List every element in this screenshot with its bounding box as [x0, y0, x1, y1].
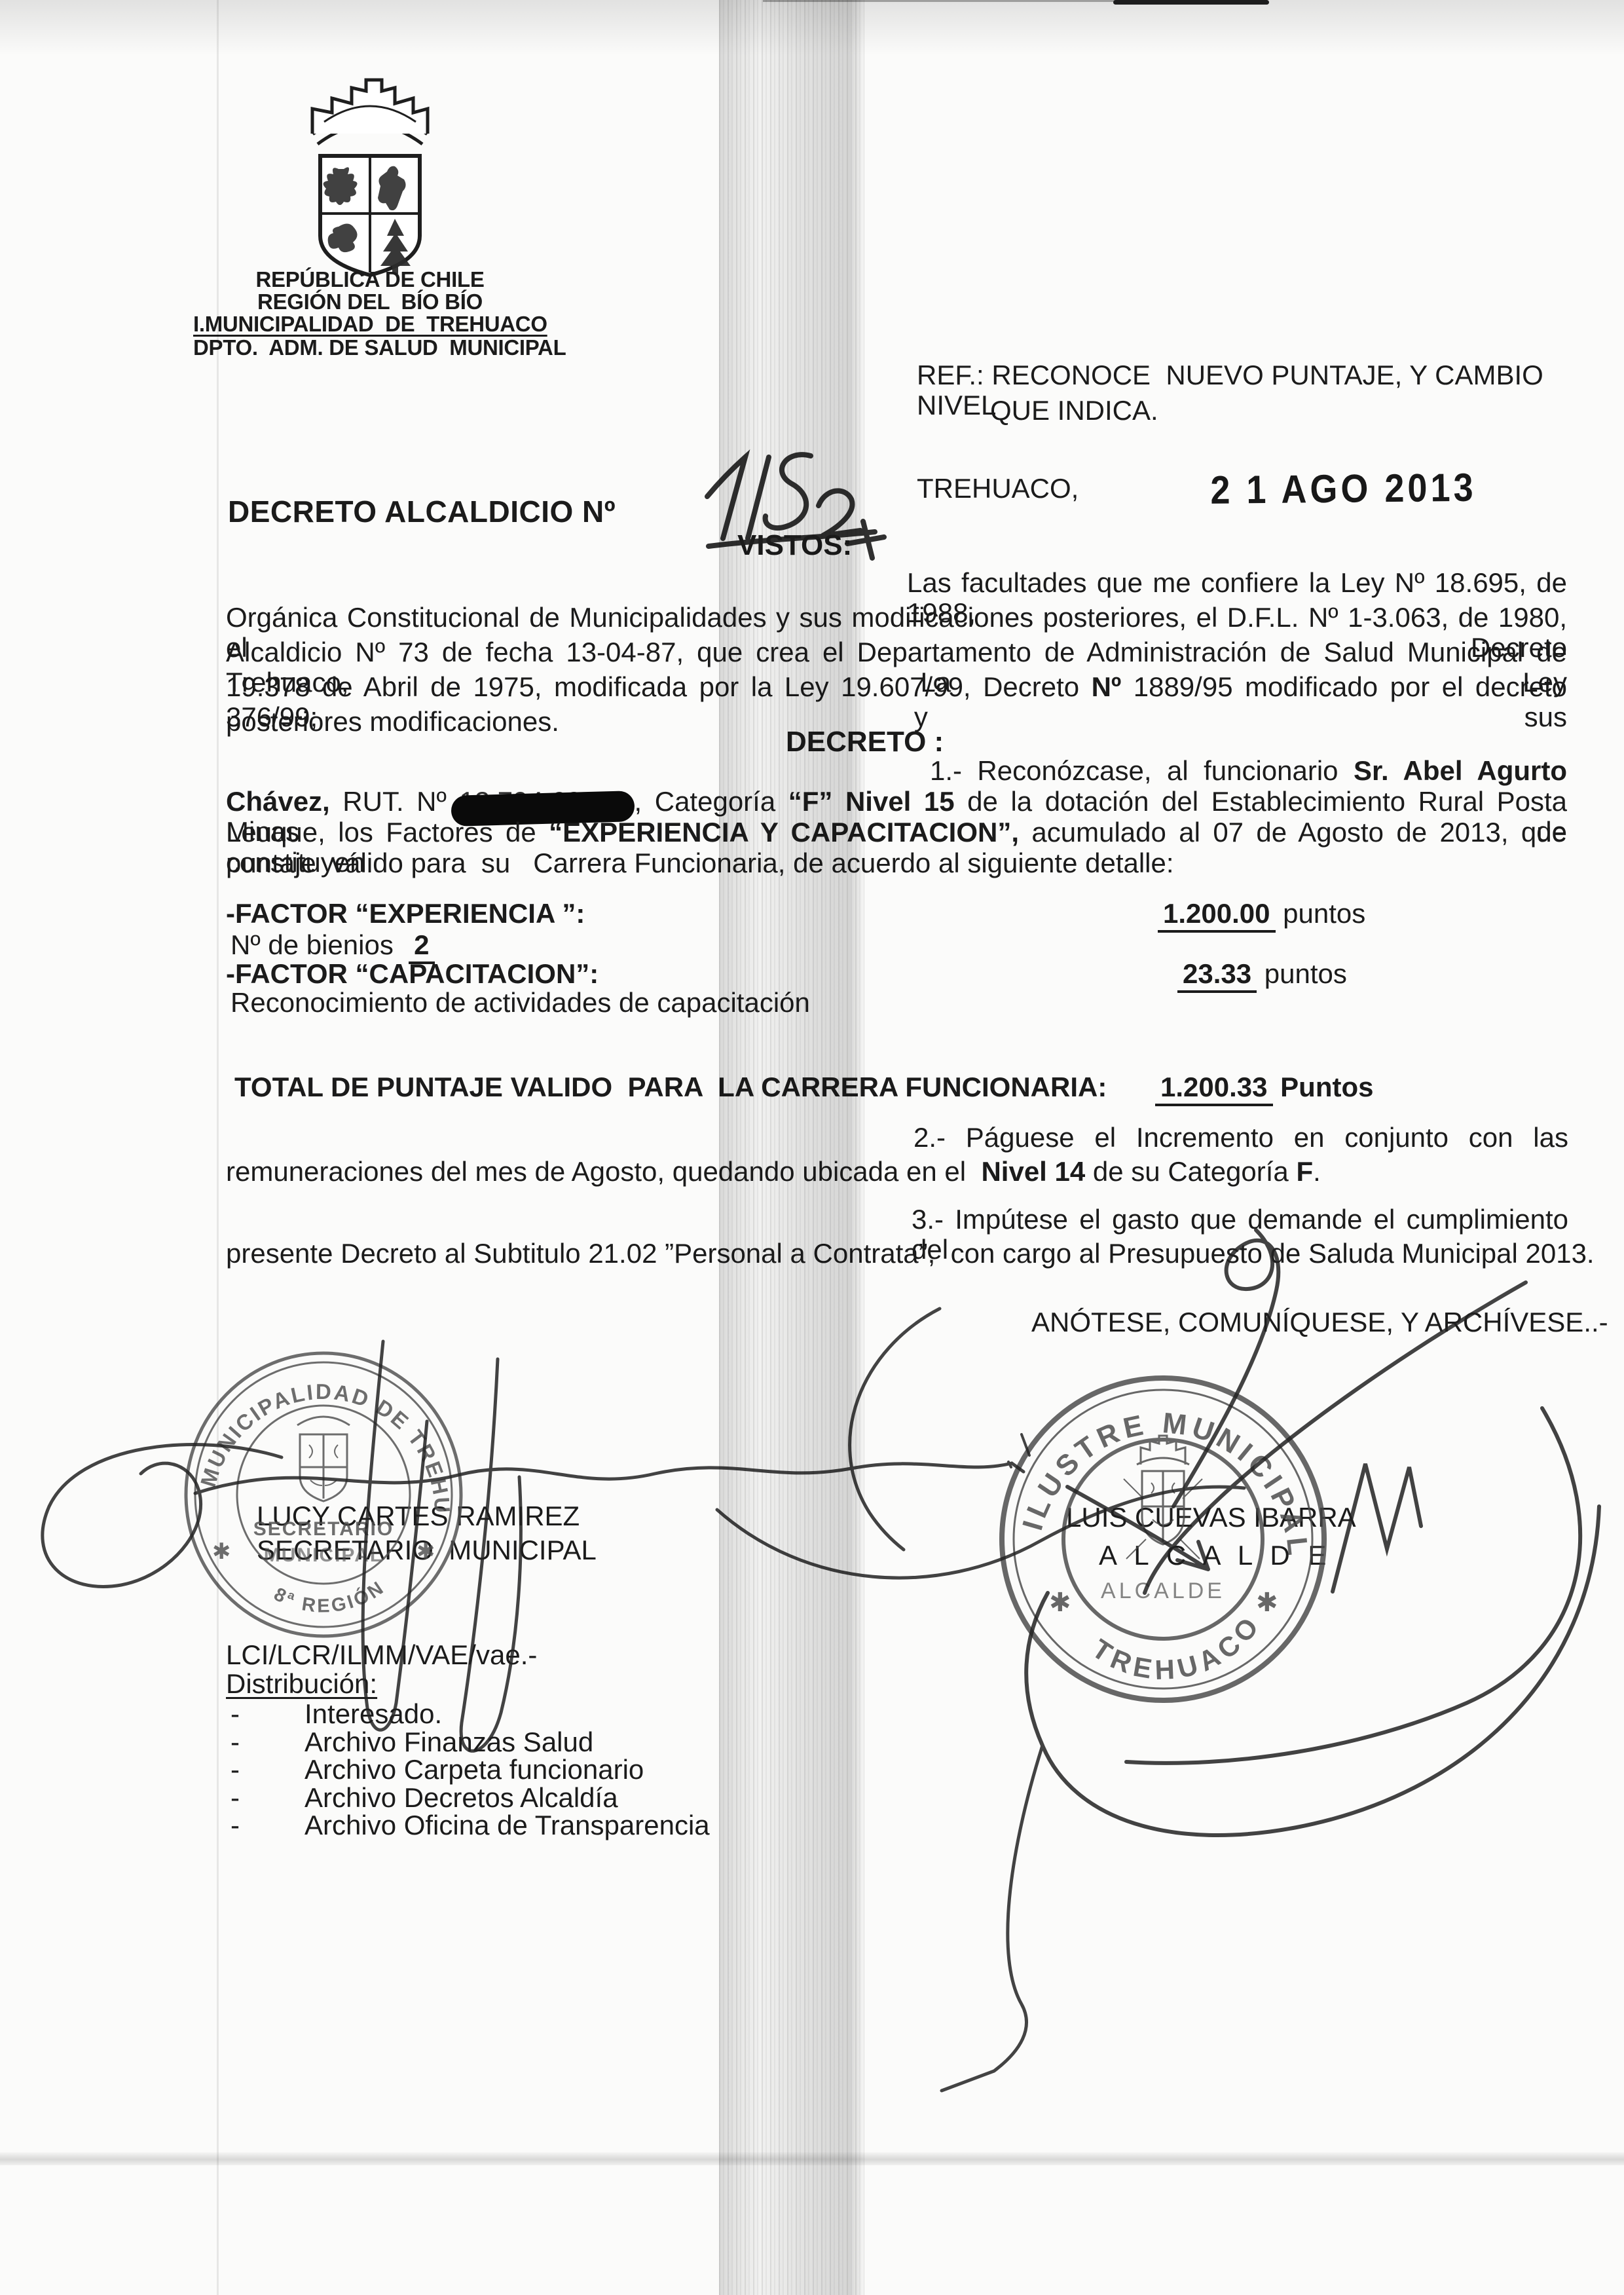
ink-signatures-icon — [0, 0, 1624, 2295]
scanned-decree-page: REPÚBLICA DE CHILE REGIÓN DEL BÍO BÍO I.… — [0, 0, 1624, 2295]
